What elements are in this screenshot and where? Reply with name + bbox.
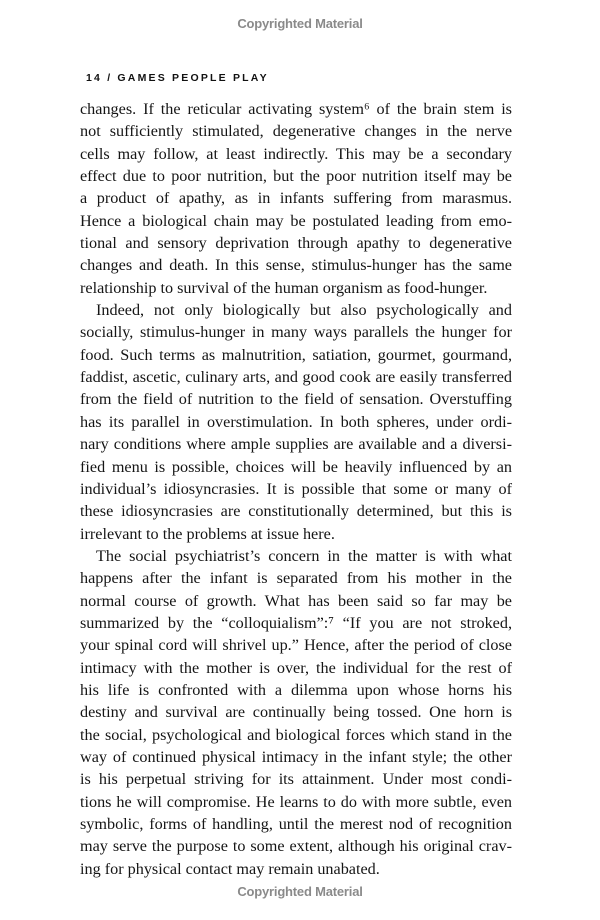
text-line: these idiosyncrasies are constitutionall… (80, 500, 512, 522)
text-line: Hence a biological chain may be postulat… (80, 210, 512, 232)
text-line: your spinal cord will shrivel up.” Hence… (80, 634, 512, 656)
text-line: from the field of nutrition to the field… (80, 388, 512, 410)
text-line: effect due to poor nutrition, but the po… (80, 165, 512, 187)
text-line: intimacy with the mother is over, the in… (80, 657, 512, 679)
copyright-watermark-top: Copyrighted Material (0, 16, 600, 31)
running-head: 14 / GAMES PEOPLE PLAY (86, 72, 269, 84)
text-line: fied menu is possible, choices will be h… (80, 456, 512, 478)
text-line: his life is confronted with a dilemma up… (80, 679, 512, 701)
text-line: summarized by the “colloquialism”:⁷ “If … (80, 612, 512, 634)
text-line: tions he will compromise. He learns to d… (80, 791, 512, 813)
text-line: is his perpetual striving for its attain… (80, 768, 512, 790)
text-line: nary conditions where ample supplies are… (80, 433, 512, 455)
text-line: symbolic, forms of handling, until the m… (80, 813, 512, 835)
paragraph-start-line: The social psychiatrist’s concern in the… (80, 545, 512, 567)
text-line: changes and death. In this sense, stimul… (80, 254, 512, 276)
text-line: not sufficiently stimulated, degenerativ… (80, 120, 512, 142)
text-line: a product of apathy, as in infants suffe… (80, 187, 512, 209)
text-line: food. Such terms as malnutrition, satiat… (80, 344, 512, 366)
text-line: relationship to survival of the human or… (80, 277, 512, 299)
text-line: has its parallel in overstimulation. In … (80, 411, 512, 433)
text-line: socially, stimulus-hunger in many ways p… (80, 321, 512, 343)
text-line: way of continued physical intimacy in th… (80, 746, 512, 768)
copyright-watermark-bottom: Copyrighted Material (0, 884, 600, 899)
text-line: happens after the infant is separated fr… (80, 567, 512, 589)
page-body-text: changes. If the reticular activating sys… (80, 98, 512, 880)
text-line: irrelevant to the problems at issue here… (80, 523, 512, 545)
text-line: tional and sensory deprivation through a… (80, 232, 512, 254)
text-line: cells may follow, at least indirectly. T… (80, 143, 512, 165)
text-line: destiny and survival are continually bei… (80, 701, 512, 723)
text-line: ing for physical contact may remain unab… (80, 858, 512, 880)
text-line: normal course of growth. What has been s… (80, 590, 512, 612)
text-line: faddist, ascetic, culinary arts, and goo… (80, 366, 512, 388)
text-line: the social, psychological and biological… (80, 724, 512, 746)
text-line: changes. If the reticular activating sys… (80, 98, 512, 120)
paragraph-start-line: Indeed, not only biologically but also p… (80, 299, 512, 321)
text-line: individual’s idiosyncrasies. It is possi… (80, 478, 512, 500)
text-line: may serve the purpose to some extent, al… (80, 835, 512, 857)
